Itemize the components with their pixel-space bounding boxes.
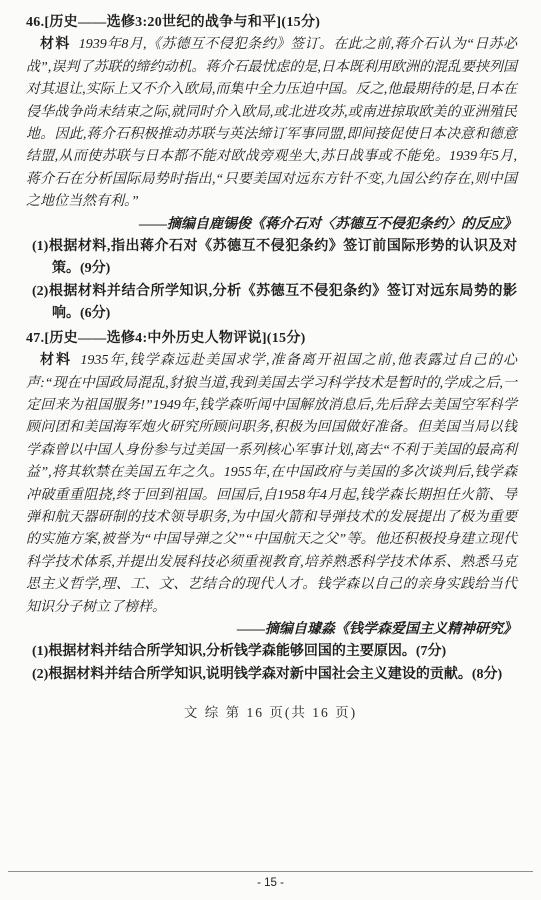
question-47-source-attribution: ——摘编自璩淼《钱学森爱国主义精神研究》 xyxy=(26,619,517,641)
exam-footer-page-indicator: 文 综 第 16 页(共 16 页) xyxy=(0,701,541,721)
question-46-subquestion-2: (2)根据材料并结合所学知识,分析《苏德互不侵犯条约》签订对远东局势的影响。(6… xyxy=(26,281,517,326)
exam-content: 46.[历史——选修3:20世纪的战争与和平](15分) 材料1939年8月,《… xyxy=(26,12,517,686)
material-label: 材料 xyxy=(40,37,71,52)
question-46-title: [历史——选修3:20世纪的战争与和平](15分) xyxy=(44,15,320,30)
question-46-header: 46.[历史——选修3:20世纪的战争与和平](15分) xyxy=(26,12,517,34)
scanned-exam-page: 46.[历史——选修3:20世纪的战争与和平](15分) 材料1939年8月,《… xyxy=(0,0,541,900)
material-text: 1939年8月,《苏德互不侵犯条约》签订。在此之前,蒋介石认为“日苏必战”,误判… xyxy=(26,37,517,209)
question-47-number: 47. xyxy=(26,331,44,346)
question-47-header: 47.[历史——选修4:中外历史人物评说](15分) xyxy=(26,328,517,350)
scan-page-number: - 15 - xyxy=(0,877,541,889)
question-47-title: [历史——选修4:中外历史人物评说](15分) xyxy=(44,331,305,346)
question-47-subquestion-2: (2)根据材料并结合所学知识,说明钱学森对新中国社会主义建设的贡献。(8分) xyxy=(26,664,517,686)
question-46-number: 46. xyxy=(26,15,44,30)
question-47-material: 材料1935年,钱学森远赴美国求学,准备离开祖国之前,他表露过自己的心声:“现在… xyxy=(26,350,517,619)
footer-divider xyxy=(8,871,533,872)
question-46-subquestion-1: (1)根据材料,指出蒋介石对《苏德互不侵犯条约》签订前国际形势的认识及对策。(9… xyxy=(26,236,517,281)
question-46-source-attribution: ——摘编自鹿锡俊《蒋介石对〈苏德互不侵犯条约〉的反应》 xyxy=(26,214,517,236)
material-label: 材料 xyxy=(40,353,72,368)
question-47-subquestion-1: (1)根据材料并结合所学知识,分析钱学森能够回国的主要原因。(7分) xyxy=(26,641,517,663)
material-text: 1935年,钱学森远赴美国求学,准备离开祖国之前,他表露过自己的心声:“现在中国… xyxy=(26,353,517,614)
question-46-material: 材料1939年8月,《苏德互不侵犯条约》签订。在此之前,蒋介石认为“日苏必战”,… xyxy=(26,34,517,213)
